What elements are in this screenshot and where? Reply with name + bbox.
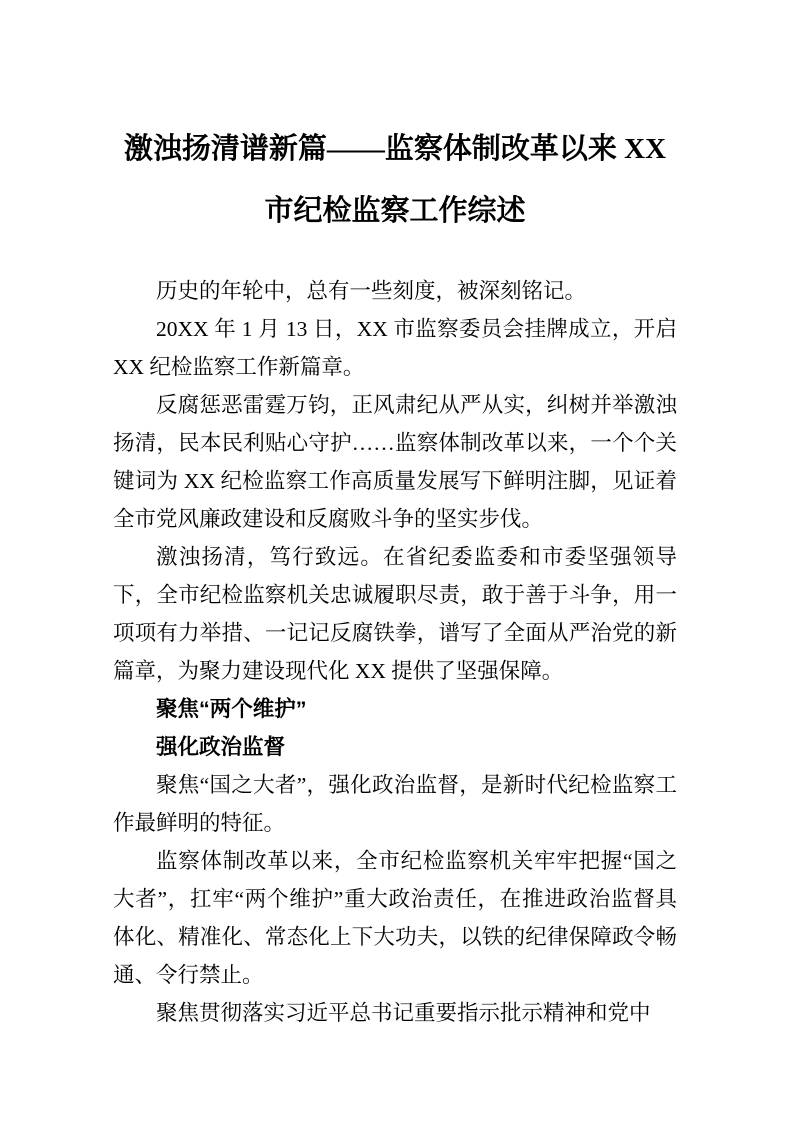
document-title-line-1: 激浊扬清谱新篇——监察体制改革以来 XX (113, 118, 677, 180)
paragraph-keywords: 反腐惩恶雷霆万钧，正风肃纪从严从实，纠树并举激浊扬清，民本民利贴心守护……监察体… (113, 386, 677, 538)
section-heading-two-upholds: 聚焦“两个维护” (113, 690, 677, 728)
document-title-line-2: 市纪检监察工作综述 (113, 180, 677, 242)
paragraph-reform-responsibility: 监察体制改革以来，全市纪检监察机关牢牢把握“国之大者”，扛牢“两个维护”重大政治… (113, 842, 677, 994)
paragraph-leadership: 激浊扬清，笃行致远。在省纪委监委和市委坚强领导下，全市纪检监察机关忠诚履职尽责，… (113, 538, 677, 690)
paragraph-focus-feature: 聚焦“国之大者”，强化政治监督，是新时代纪检监察工作最鲜明的特征。 (113, 766, 677, 842)
document-page: 激浊扬清谱新篇——监察体制改革以来 XX 市纪检监察工作综述 历史的年轮中，总有… (0, 0, 794, 1122)
paragraph-history: 历史的年轮中，总有一些刻度，被深刻铭记。 (113, 272, 677, 310)
paragraph-founding: 20XX 年 1 月 13 日，XX 市监察委员会挂牌成立，开启 XX 纪检监察… (113, 310, 677, 386)
paragraph-implementation-cutoff: 聚焦贯彻落实习近平总书记重要指示批示精神和党中 (113, 994, 677, 1032)
document-title: 激浊扬清谱新篇——监察体制改革以来 XX 市纪检监察工作综述 (113, 118, 677, 242)
section-heading-political-supervision: 强化政治监督 (113, 728, 677, 766)
document-body: 历史的年轮中，总有一些刻度，被深刻铭记。 20XX 年 1 月 13 日，XX … (113, 272, 677, 1032)
